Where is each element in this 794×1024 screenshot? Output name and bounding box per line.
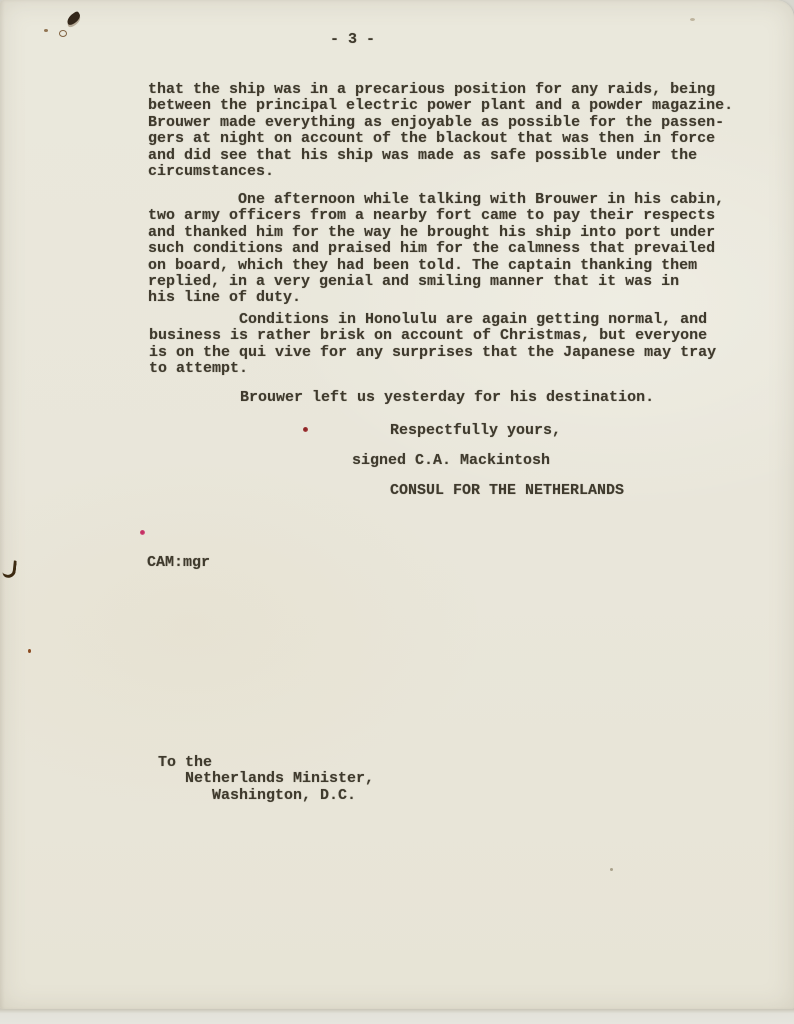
recipient-address-block: To the Netherlands Minister, Washington,… [158,755,374,804]
paragraph-ship-position: that the ship was in a precarious positi… [148,82,733,180]
scanned-letter-page: - 3 - that the ship was in a precarious … [0,0,794,1024]
paragraph-army-officers: One afternoon while talking with Brouwer… [148,192,724,307]
page-bottom-edge [0,1009,794,1024]
paper-sheet: - 3 - that the ship was in a precarious … [0,0,794,1010]
paragraph-brouwer-departure: Brouwer left us yesterday for his destin… [240,390,654,406]
paper-speck-icon [610,868,613,871]
pink-ink-dot [140,530,145,535]
page-number: - 3 - [330,32,375,48]
paper-speck-icon [59,30,67,37]
typist-reference-initials: CAM:mgr [147,555,210,571]
rust-speck [28,649,31,653]
paper-speck-icon [690,18,695,21]
ink-smudge-mark [65,11,82,27]
paper-speck-icon [44,29,48,32]
valediction-line: Respectfully yours, [390,423,561,439]
paragraph-honolulu-conditions: Conditions in Honolulu are again getting… [149,312,716,378]
signature-line: signed C.A. Mackintosh [352,453,550,469]
consul-title-line: CONSUL FOR THE NETHERLANDS [390,483,624,499]
red-ink-dot [303,427,308,432]
pen-hook-mark [2,559,17,578]
